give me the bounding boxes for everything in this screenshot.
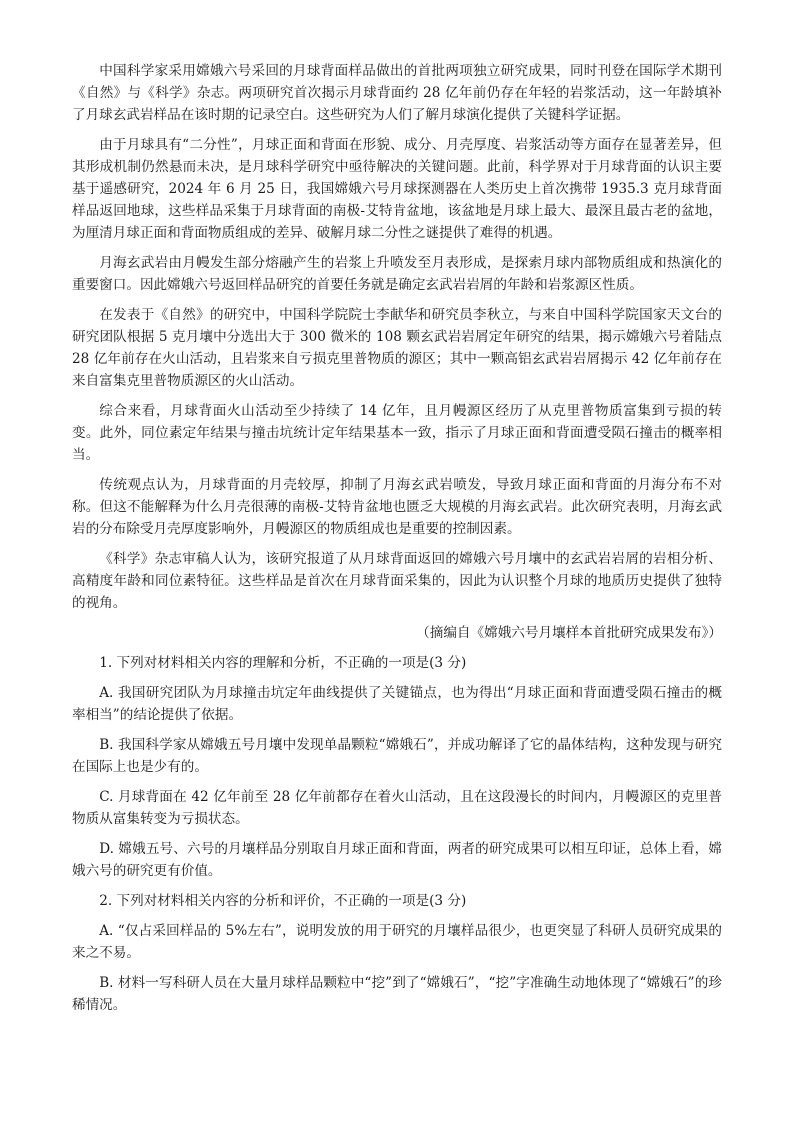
- question-1-option-a: A. 我国研究团队为月球撞击坑定年曲线提供了关键锚点，也为得出“月球正面和背面遭…: [72, 682, 722, 726]
- question-1-option-d: D. 嫦娥五号、六号的月壤样品分别取自月球正面和背面，两者的研究成果可以相互印证…: [72, 838, 722, 882]
- passage-paragraph-3: 月海玄武岩由月幔发生部分熔融产生的岩浆上升喷发至月表形成，是探索月球内部物质组成…: [72, 252, 722, 296]
- question-1-option-c: C. 月球背面在 42 亿年前至 28 亿年前都存在着火山活动，且在这段漫长的时…: [72, 786, 722, 830]
- passage-paragraph-2: 由于月球具有“二分性”，月球正面和背面在形貌、成分、月壳厚度、岩浆活动等方面存在…: [72, 134, 722, 244]
- passage-source-citation: （摘编自《嫦娥六号月壤样本首批研究成果发布》）: [72, 622, 722, 644]
- passage-paragraph-1: 中国科学家采用嫦娥六号采回的月球背面样品做出的首批两项独立研究成果，同时刊登在国…: [72, 60, 722, 126]
- passage-paragraph-5: 综合来看，月球背面火山活动至少持续了 14 亿年，且月幔源区经历了从克里普物质富…: [72, 400, 722, 466]
- question-1-option-b: B. 我国科学家从嫦娥五号月壤中发现单晶颗粒“嫦娥石”，并成功解译了它的晶体结构…: [72, 734, 722, 778]
- question-1: 1. 下列对材料相关内容的理解和分析，不正确的一项是(3 分) A. 我国研究团…: [72, 652, 722, 882]
- passage-paragraph-4: 在发表于《自然》的研究中，中国科学院院士李献华和研究员李秋立，与来自中国科学院国…: [72, 304, 722, 392]
- exam-page: 中国科学家采用嫦娥六号采回的月球背面样品做出的首批两项独立研究成果，同时刊登在国…: [72, 60, 722, 1024]
- question-1-stem: 1. 下列对材料相关内容的理解和分析，不正确的一项是(3 分): [72, 652, 722, 674]
- passage-paragraph-6: 传统观点认为，月球背面的月壳较厚，抑制了月海玄武岩喷发，导致月球正面和背面的月海…: [72, 474, 722, 540]
- reading-passage: 中国科学家采用嫦娥六号采回的月球背面样品做出的首批两项独立研究成果，同时刊登在国…: [72, 60, 722, 644]
- question-2-option-a: A. “仅占采回样品的 5%左右”，说明发放的用于研究的月壤样品很少，也更突显了…: [72, 920, 722, 964]
- question-2-stem: 2. 下列对材料相关内容的分析和评价，不正确的一项是(3 分): [72, 890, 722, 912]
- question-2: 2. 下列对材料相关内容的分析和评价，不正确的一项是(3 分) A. “仅占采回…: [72, 890, 722, 1016]
- question-2-option-b: B. 材料一写科研人员在大量月球样品颗粒中“挖”到了“嫦娥石”，“挖”字准确生动…: [72, 972, 722, 1016]
- passage-paragraph-7: 《科学》杂志审稿人认为，该研究报道了从月球背面返回的嫦娥六号月壤中的玄武岩岩屑的…: [72, 548, 722, 614]
